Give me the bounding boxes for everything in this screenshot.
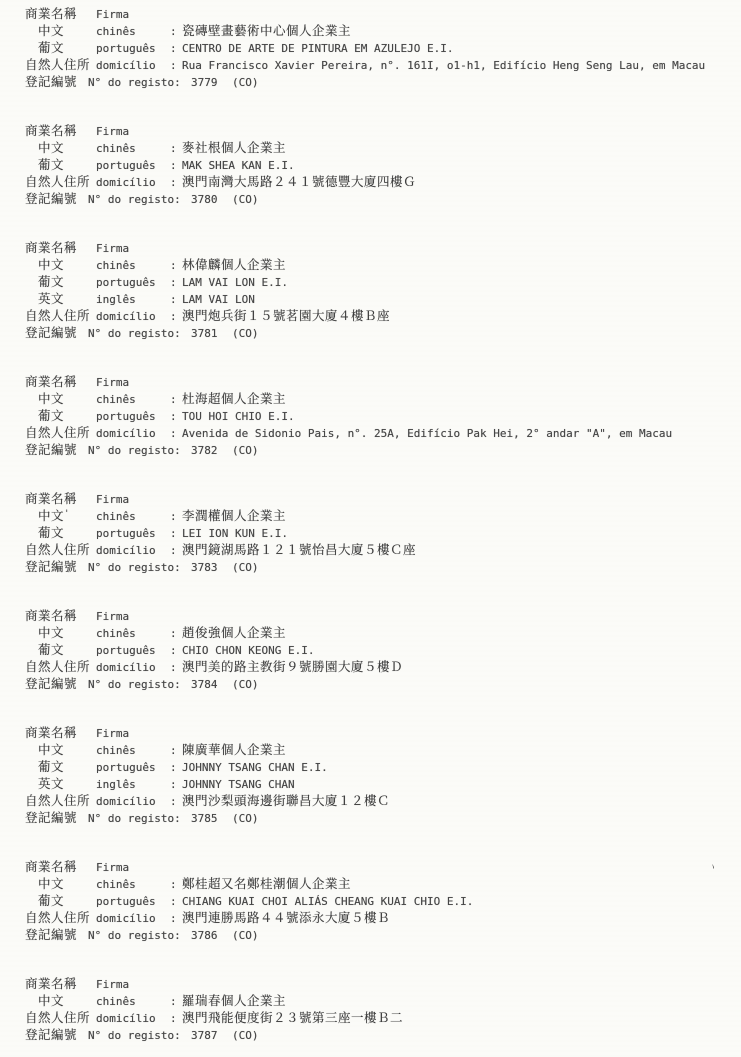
label-firma-pt: Firma (96, 374, 170, 391)
firma-line: 商業名稱Firma (0, 858, 741, 875)
chinese-name-line: 中文chinês:麥社根個人企業主 (0, 139, 741, 156)
colon-separator: : (170, 993, 182, 1010)
label-portuguese-name-pt: português (96, 40, 170, 57)
portuguese-name-value: JOHNNY TSANG CHAN E.I. (182, 759, 328, 776)
label-firma-zh: 商業名稱 (25, 724, 96, 741)
registry-entry: 商業名稱Firma中文chinês:林偉麟個人企業主葡文português:LA… (0, 239, 741, 341)
colon-separator: : (170, 742, 182, 759)
registry-number: 3786 (185, 927, 232, 944)
label-registry-pt: N° do registo: (88, 810, 185, 827)
domicile-value: 澳門沙梨頭海邊街聯昌大廈１２樓Ｃ (182, 792, 390, 809)
portuguese-name-value: LAM VAI LON E.I. (182, 274, 288, 291)
label-domicile-zh: 自然人住所 (25, 541, 96, 558)
label-registry-pt: N° do registo: (88, 676, 185, 693)
portuguese-name-value: CENTRO DE ARTE DE PINTURA EM AZULEJO E.I… (182, 40, 454, 57)
domicile-value: 澳門飛能便度街２３號第三座一樓Ｂ二 (182, 1009, 403, 1026)
label-firma-zh: 商業名稱 (25, 607, 96, 624)
chinese-name-line: 中文chinês:林偉麟個人企業主 (0, 256, 741, 273)
label-domicile-pt: domicílio (96, 425, 170, 442)
firma-line: 商業名稱Firma (0, 122, 741, 139)
label-portuguese-name-zh: 葡文 (38, 156, 96, 173)
chinese-name-line: 中文chinês:鄭桂超又名鄭桂潮個人企業主 (0, 875, 741, 892)
label-portuguese-name-pt: português (96, 759, 170, 776)
label-registry-zh: 登記編號 (25, 926, 88, 943)
portuguese-name-line: 葡文português:LEI ION KUN E.I. (0, 524, 741, 541)
portuguese-name-value: TOU HOI CHIO E.I. (182, 408, 295, 425)
label-registry-pt: N° do registo: (88, 1027, 185, 1044)
colon-separator: : (170, 157, 182, 174)
label-domicile-zh: 自然人住所 (25, 173, 96, 190)
registry-suffix: (CO) (232, 191, 259, 208)
domicile-value: 澳門南灣大馬路２４１號德豐大廈四樓Ｇ (182, 173, 416, 190)
english-name-value: JOHNNY TSANG CHAN (182, 776, 295, 793)
registry-line: 登記編號N° do registo:3787(CO) (0, 1026, 741, 1043)
portuguese-name-line: 葡文português:CHIANG KUAI CHOI ALIÁS CHEAN… (0, 892, 741, 909)
colon-separator: : (170, 525, 182, 542)
label-firma-zh: 商業名稱 (25, 239, 96, 256)
label-registry-pt: N° do registo: (88, 325, 185, 342)
chinese-name-line: 中文chinês:杜海超個人企業主 (0, 390, 741, 407)
domicile-value: 澳門連勝馬路４４號添永大廈５樓Ｂ (182, 909, 390, 926)
domicile-line: 自然人住所domicílio:澳門炮兵街１５號茗園大廈４樓Ｂ座 (0, 307, 741, 324)
colon-separator: : (170, 57, 182, 74)
firma-line: 商業名稱Firma (0, 490, 741, 507)
label-firma-zh: 商業名稱 (25, 373, 96, 390)
label-domicile-zh: 自然人住所 (25, 658, 96, 675)
label-firma-pt: Firma (96, 859, 170, 876)
label-chinese-name-zh: 中文 (38, 741, 96, 758)
label-registry-pt: N° do registo: (88, 191, 185, 208)
domicile-value: 澳門美的路主教街９號勝園大廈５樓Ｄ (182, 658, 403, 675)
label-domicile-zh: 自然人住所 (25, 424, 96, 441)
label-portuguese-name-pt: português (96, 642, 170, 659)
label-portuguese-name-pt: português (96, 274, 170, 291)
registry-entry: 商業名稱Firma中文chinês:鄭桂超又名鄭桂潮個人企業主葡文portugu… (0, 858, 741, 943)
registry-line: 登記編號N° do registo:3785(CO) (0, 809, 741, 826)
label-domicile-pt: domicílio (96, 57, 170, 74)
label-firma-pt: Firma (96, 608, 170, 625)
chinese-name-line: 中文chinês:瓷磚壁畫藝術中心個人企業主 (0, 22, 741, 39)
colon-separator: : (170, 642, 182, 659)
label-chinese-name-zh: 中文 (38, 624, 96, 641)
label-chinese-name-pt: chinês (96, 508, 170, 525)
label-chinese-name-pt: chinês (96, 23, 170, 40)
label-portuguese-name-zh: 葡文 (38, 407, 96, 424)
chinese-name-value: 瓷磚壁畫藝術中心個人企業主 (182, 22, 351, 39)
label-chinese-name-zh: 中文 (38, 139, 96, 156)
label-english-name-zh: 英文 (38, 775, 96, 792)
colon-separator: : (170, 893, 182, 910)
chinese-name-line: 中文chinês:陳廣華個人企業主 (0, 741, 741, 758)
english-name-value: LAM VAI LON (182, 291, 255, 308)
firma-line: 商業名稱Firma (0, 373, 741, 390)
domicile-line: 自然人住所domicílio:澳門美的路主教街９號勝園大廈５樓Ｄ (0, 658, 741, 675)
chinese-name-line: 中文'chinês:李潤權個人企業主 (0, 507, 741, 524)
registry-suffix: (CO) (232, 676, 259, 693)
firma-line: 商業名稱Firma (0, 975, 741, 992)
portuguese-name-line: 葡文português:CHIO CHON KEONG E.I. (0, 641, 741, 658)
chinese-name-line: 中文chinês:羅瑞春個人企業主 (0, 992, 741, 1009)
registry-entry: 商業名稱Firma中文chinês:趙俊強個人企業主葡文português:CH… (0, 607, 741, 692)
english-name-line: 英文inglês:JOHNNY TSANG CHAN (0, 775, 741, 792)
domicile-value: Avenida de Sidonio Pais, n°. 25A, Edifíc… (182, 425, 672, 442)
label-portuguese-name-zh: 葡文 (38, 39, 96, 56)
registry-suffix: (CO) (232, 1027, 259, 1044)
colon-separator: : (170, 876, 182, 893)
label-firma-zh: 商業名稱 (25, 858, 96, 875)
label-registry-zh: 登記編號 (25, 809, 88, 826)
label-portuguese-name-zh: 葡文 (38, 892, 96, 909)
label-chinese-name-pt: chinês (96, 140, 170, 157)
registry-number: 3785 (185, 810, 232, 827)
registry-number: 3787 (185, 1027, 232, 1044)
registry-number: 3782 (185, 442, 232, 459)
domicile-line: 自然人住所domicílio:Avenida de Sidonio Pais, … (0, 424, 741, 441)
label-domicile-pt: domicílio (96, 308, 170, 325)
domicile-value: 澳門鏡湖馬路１２１號怡昌大廈５樓Ｃ座 (182, 541, 416, 558)
label-firma-pt: Firma (96, 123, 170, 140)
firma-line: 商業名稱Firma (0, 5, 741, 22)
domicile-line: 自然人住所domicílio:澳門南灣大馬路２４１號德豐大廈四樓Ｇ (0, 173, 741, 190)
label-registry-pt: N° do registo: (88, 74, 185, 91)
firma-line: 商業名稱Firma (0, 239, 741, 256)
chinese-name-value: 趙俊強個人企業主 (182, 624, 286, 641)
label-english-name-zh: 英文 (38, 290, 96, 307)
firma-line: 商業名稱Firma (0, 724, 741, 741)
colon-separator: : (170, 625, 182, 642)
chinese-name-value: 鄭桂超又名鄭桂潮個人企業主 (182, 875, 351, 892)
registry-line: 登記編號N° do registo:3779(CO) (0, 73, 741, 90)
registry-number: 3780 (185, 191, 232, 208)
portuguese-name-value: LEI ION KUN E.I. (182, 525, 288, 542)
portuguese-name-line: 葡文português:JOHNNY TSANG CHAN E.I. (0, 758, 741, 775)
label-domicile-pt: domicílio (96, 910, 170, 927)
label-chinese-name-zh: 中文 (38, 992, 96, 1009)
label-registry-zh: 登記編號 (25, 441, 88, 458)
domicile-value: Rua Francisco Xavier Pereira, n°. 161I, … (182, 57, 705, 74)
registry-suffix: (CO) (232, 559, 259, 576)
label-domicile-pt: domicílio (96, 542, 170, 559)
label-domicile-zh: 自然人住所 (25, 792, 96, 809)
colon-separator: : (170, 425, 182, 442)
domicile-value: 澳門炮兵街１５號茗園大廈４樓Ｂ座 (182, 307, 390, 324)
label-firma-pt: Firma (96, 6, 170, 23)
chinese-name-line: 中文chinês:趙俊強個人企業主 (0, 624, 741, 641)
chinese-name-value: 林偉麟個人企業主 (182, 256, 286, 273)
label-portuguese-name-pt: português (96, 408, 170, 425)
registry-suffix: (CO) (232, 74, 259, 91)
label-portuguese-name-pt: português (96, 893, 170, 910)
registry-suffix: (CO) (232, 325, 259, 342)
colon-separator: : (170, 508, 182, 525)
label-registry-zh: 登記編號 (25, 558, 88, 575)
colon-separator: : (170, 23, 182, 40)
registry-number: 3784 (185, 676, 232, 693)
domicile-line: 自然人住所domicílio:澳門沙梨頭海邊街聯昌大廈１２樓Ｃ (0, 792, 741, 809)
domicile-line: 自然人住所domicílio:Rua Francisco Xavier Pere… (0, 56, 741, 73)
label-domicile-pt: domicílio (96, 793, 170, 810)
colon-separator: : (170, 391, 182, 408)
label-domicile-zh: 自然人住所 (25, 909, 96, 926)
domicile-line: 自然人住所domicílio:澳門鏡湖馬路１２１號怡昌大廈５樓Ｃ座 (0, 541, 741, 558)
label-chinese-name-pt: chinês (96, 742, 170, 759)
label-chinese-name-pt: chinês (96, 257, 170, 274)
registry-line: 登記編號N° do registo:3782(CO) (0, 441, 741, 458)
label-chinese-name-pt: chinês (96, 993, 170, 1010)
label-firma-zh: 商業名稱 (25, 122, 96, 139)
domicile-line: 自然人住所domicílio:澳門飛能便度街２３號第三座一樓Ｂ二 (0, 1009, 741, 1026)
label-domicile-pt: domicílio (96, 659, 170, 676)
registry-number: 3781 (185, 325, 232, 342)
chinese-name-value: 李潤權個人企業主 (182, 507, 286, 524)
label-portuguese-name-pt: português (96, 525, 170, 542)
label-chinese-name-pt: chinês (96, 876, 170, 893)
label-domicile-pt: domicílio (96, 1010, 170, 1027)
label-portuguese-name-pt: português (96, 157, 170, 174)
label-portuguese-name-zh: 葡文 (38, 758, 96, 775)
registry-line: 登記編號N° do registo:3783(CO) (0, 558, 741, 575)
registry-entry: 商業名稱Firma中文chinês:麥社根個人企業主葡文português:MA… (0, 122, 741, 207)
label-firma-pt: Firma (96, 976, 170, 993)
label-registry-pt: N° do registo: (88, 559, 185, 576)
colon-separator: : (170, 776, 182, 793)
registry-document-page: 商業名稱Firma中文chinês:瓷磚壁畫藝術中心個人企業主葡文portugu… (0, 0, 741, 1043)
registry-entry: 商業名稱Firma中文chinês:羅瑞春個人企業主自然人住所domicílio… (0, 975, 741, 1043)
colon-separator: : (170, 274, 182, 291)
colon-separator: : (170, 140, 182, 157)
label-english-name-pt: inglês (96, 776, 170, 793)
registry-line: 登記編號N° do registo:3781(CO) (0, 324, 741, 341)
english-name-line: 英文inglês:LAM VAI LON (0, 290, 741, 307)
colon-separator: : (170, 910, 182, 927)
label-firma-zh: 商業名稱 (25, 975, 96, 992)
label-registry-pt: N° do registo: (88, 442, 185, 459)
chinese-name-value: 麥社根個人企業主 (182, 139, 286, 156)
portuguese-name-line: 葡文português:LAM VAI LON E.I. (0, 273, 741, 290)
label-registry-zh: 登記編號 (25, 675, 88, 692)
portuguese-name-line: 葡文português:MAK SHEA KAN E.I. (0, 156, 741, 173)
registry-suffix: (CO) (232, 442, 259, 459)
colon-separator: : (170, 291, 182, 308)
portuguese-name-value: CHIANG KUAI CHOI ALIÁS CHEANG KUAI CHIO … (182, 893, 473, 910)
registry-entry: 商業名稱Firma中文chinês:陳廣華個人企業主葡文português:JO… (0, 724, 741, 826)
label-firma-pt: Firma (96, 240, 170, 257)
colon-separator: : (170, 257, 182, 274)
label-english-name-pt: inglês (96, 291, 170, 308)
domicile-line: 自然人住所domicílio:澳門連勝馬路４４號添永大廈５樓Ｂ (0, 909, 741, 926)
colon-separator: : (170, 793, 182, 810)
colon-separator: : (170, 659, 182, 676)
label-portuguese-name-zh: 葡文 (38, 524, 96, 541)
colon-separator: : (170, 40, 182, 57)
label-domicile-zh: 自然人住所 (25, 56, 96, 73)
registry-entry: 商業名稱Firma中文'chinês:李潤權個人企業主葡文português:L… (0, 490, 741, 575)
label-domicile-zh: 自然人住所 (25, 1009, 96, 1026)
portuguese-name-value: MAK SHEA KAN E.I. (182, 157, 295, 174)
label-registry-zh: 登記編號 (25, 73, 88, 90)
registry-line: 登記編號N° do registo:3784(CO) (0, 675, 741, 692)
colon-separator: : (170, 174, 182, 191)
chinese-name-value: 陳廣華個人企業主 (182, 741, 286, 758)
label-portuguese-name-zh: 葡文 (38, 641, 96, 658)
portuguese-name-line: 葡文português:TOU HOI CHIO E.I. (0, 407, 741, 424)
portuguese-name-value: CHIO CHON KEONG E.I. (182, 642, 314, 659)
colon-separator: : (170, 759, 182, 776)
label-chinese-name-zh: 中文 (38, 22, 96, 39)
registry-suffix: (CO) (232, 927, 259, 944)
registry-suffix: (CO) (232, 810, 259, 827)
registry-line: 登記編號N° do registo:3780(CO) (0, 190, 741, 207)
label-chinese-name-pt: chinês (96, 625, 170, 642)
registry-number: 3783 (185, 559, 232, 576)
label-registry-zh: 登記編號 (25, 190, 88, 207)
registry-entry: 商業名稱Firma中文chinês:杜海超個人企業主葡文português:TO… (0, 373, 741, 458)
colon-separator: : (170, 542, 182, 559)
label-registry-zh: 登記編號 (25, 1026, 88, 1043)
chinese-name-value: 羅瑞春個人企業主 (182, 992, 286, 1009)
firma-line: 商業名稱Firma (0, 607, 741, 624)
label-firma-zh: 商業名稱 (25, 490, 96, 507)
label-portuguese-name-zh: 葡文 (38, 273, 96, 290)
registry-entry: 商業名稱Firma中文chinês:瓷磚壁畫藝術中心個人企業主葡文portugu… (0, 5, 741, 90)
label-firma-pt: Firma (96, 725, 170, 742)
label-registry-zh: 登記編號 (25, 324, 88, 341)
registry-line: 登記編號N° do registo:3786(CO) (0, 926, 741, 943)
label-firma-zh: 商業名稱 (25, 5, 96, 22)
label-chinese-name-zh: 中文 (38, 256, 96, 273)
colon-separator: : (170, 1010, 182, 1027)
colon-separator: : (170, 308, 182, 325)
label-domicile-zh: 自然人住所 (25, 307, 96, 324)
registry-number: 3779 (185, 74, 232, 91)
label-chinese-name-zh: 中文 (38, 875, 96, 892)
portuguese-name-line: 葡文português:CENTRO DE ARTE DE PINTURA EM… (0, 39, 741, 56)
label-chinese-name-zh: 中文 (38, 390, 96, 407)
label-domicile-pt: domicílio (96, 174, 170, 191)
colon-separator: : (170, 408, 182, 425)
label-firma-pt: Firma (96, 491, 170, 508)
label-chinese-name-pt: chinês (96, 391, 170, 408)
chinese-name-value: 杜海超個人企業主 (182, 390, 286, 407)
label-registry-pt: N° do registo: (88, 927, 185, 944)
